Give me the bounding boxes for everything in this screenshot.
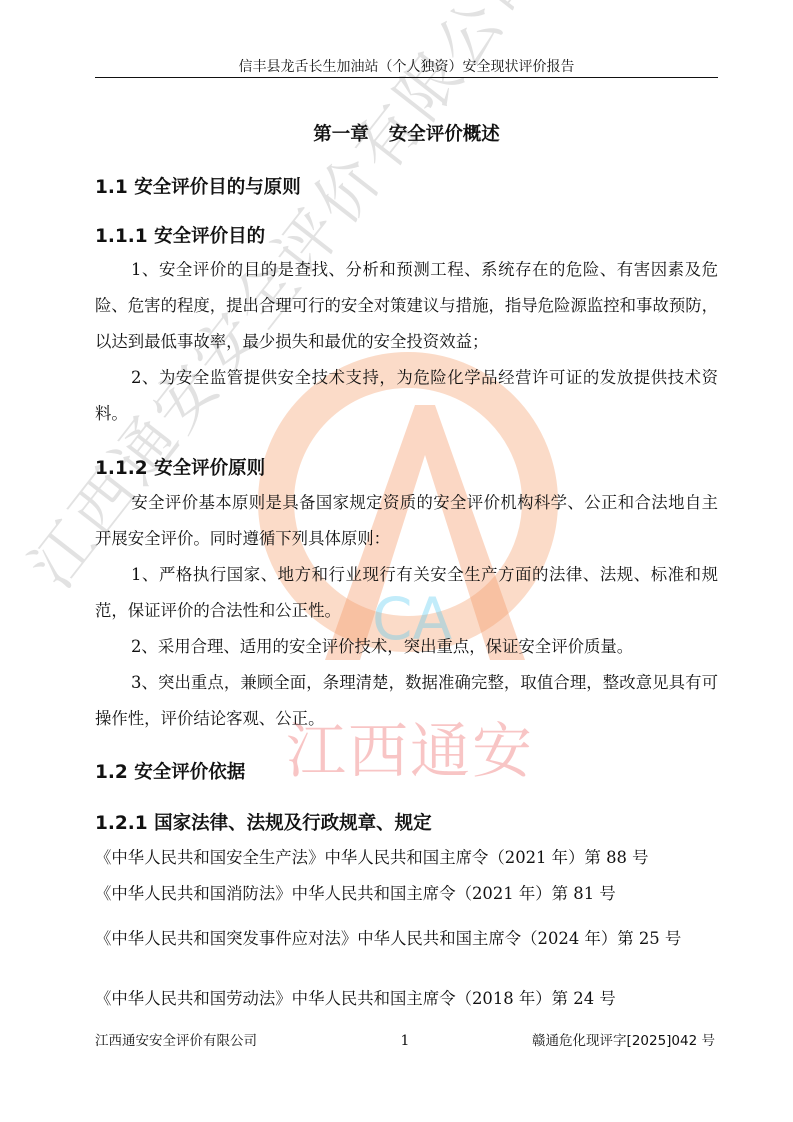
- running-header: 信丰县龙舌长生加油站（个人独资）安全现状评价报告: [95, 56, 718, 76]
- paragraph-principle-3: 3、突出重点，兼顾全面，条理清楚，数据准确完整，取值合理，整改意见具有可操作性，…: [95, 665, 718, 737]
- footer-doc-number: 赣通危化现评字[2025]042 号: [532, 1029, 715, 1049]
- page-number: 1: [390, 1033, 420, 1049]
- footer-company: 江西通安安全评价有限公司: [95, 1029, 257, 1049]
- law-item: 《中华人民共和国突发事件应对法》中华人民共和国主席令（2024 年）第 25 号: [95, 924, 718, 954]
- header-rule: [95, 77, 718, 78]
- law-item: 《中华人民共和国劳动法》中华人民共和国主席令（2018 年）第 24 号: [95, 984, 725, 1014]
- paragraph-purpose-2: 2、为安全监管提供安全技术支持，为危险化学品经营许可证的发放提供技术资料。: [95, 360, 718, 432]
- heading-1-1: 1.1 安全评价目的与原则: [95, 173, 301, 199]
- document-page: CA 江西通安安全评价有限公司 江西通安 信丰县龙舌长生加油站（个人独资）安全现…: [0, 0, 793, 1122]
- paragraph-principle-2: 2、采用合理、适用的安全评价技术，突出重点，保证安全评价质量。: [95, 629, 718, 665]
- heading-1-1-2: 1.1.2 安全评价原则: [95, 454, 265, 480]
- paragraph-principles-intro: 安全评价基本原则是具备国家规定资质的安全评价机构科学、公正和合法地自主开展安全评…: [95, 485, 718, 557]
- paragraph-purpose-1: 1、安全评价的目的是查找、分析和预测工程、系统存在的危险、有害因素及危险、危害的…: [95, 252, 718, 360]
- chapter-name: 安全评价概述: [389, 124, 500, 145]
- law-item: 《中华人民共和国安全生产法》中华人民共和国主席令（2021 年）第 88 号: [95, 843, 725, 873]
- paragraph-principle-1: 1、严格执行国家、地方和行业现行有关安全生产方面的法律、法规、标准和规范，保证评…: [95, 557, 718, 629]
- heading-1-2-1: 1.2.1 国家法律、法规及行政规章、规定: [95, 809, 432, 835]
- heading-1-1-1: 1.1.1 安全评价目的: [95, 222, 265, 248]
- law-item: 《中华人民共和国消防法》中华人民共和国主席令（2021 年）第 81 号: [95, 879, 725, 909]
- heading-1-2: 1.2 安全评价依据: [95, 758, 245, 784]
- chapter-number: 第一章: [313, 124, 369, 145]
- chapter-title: 第一章安全评价概述: [95, 120, 718, 146]
